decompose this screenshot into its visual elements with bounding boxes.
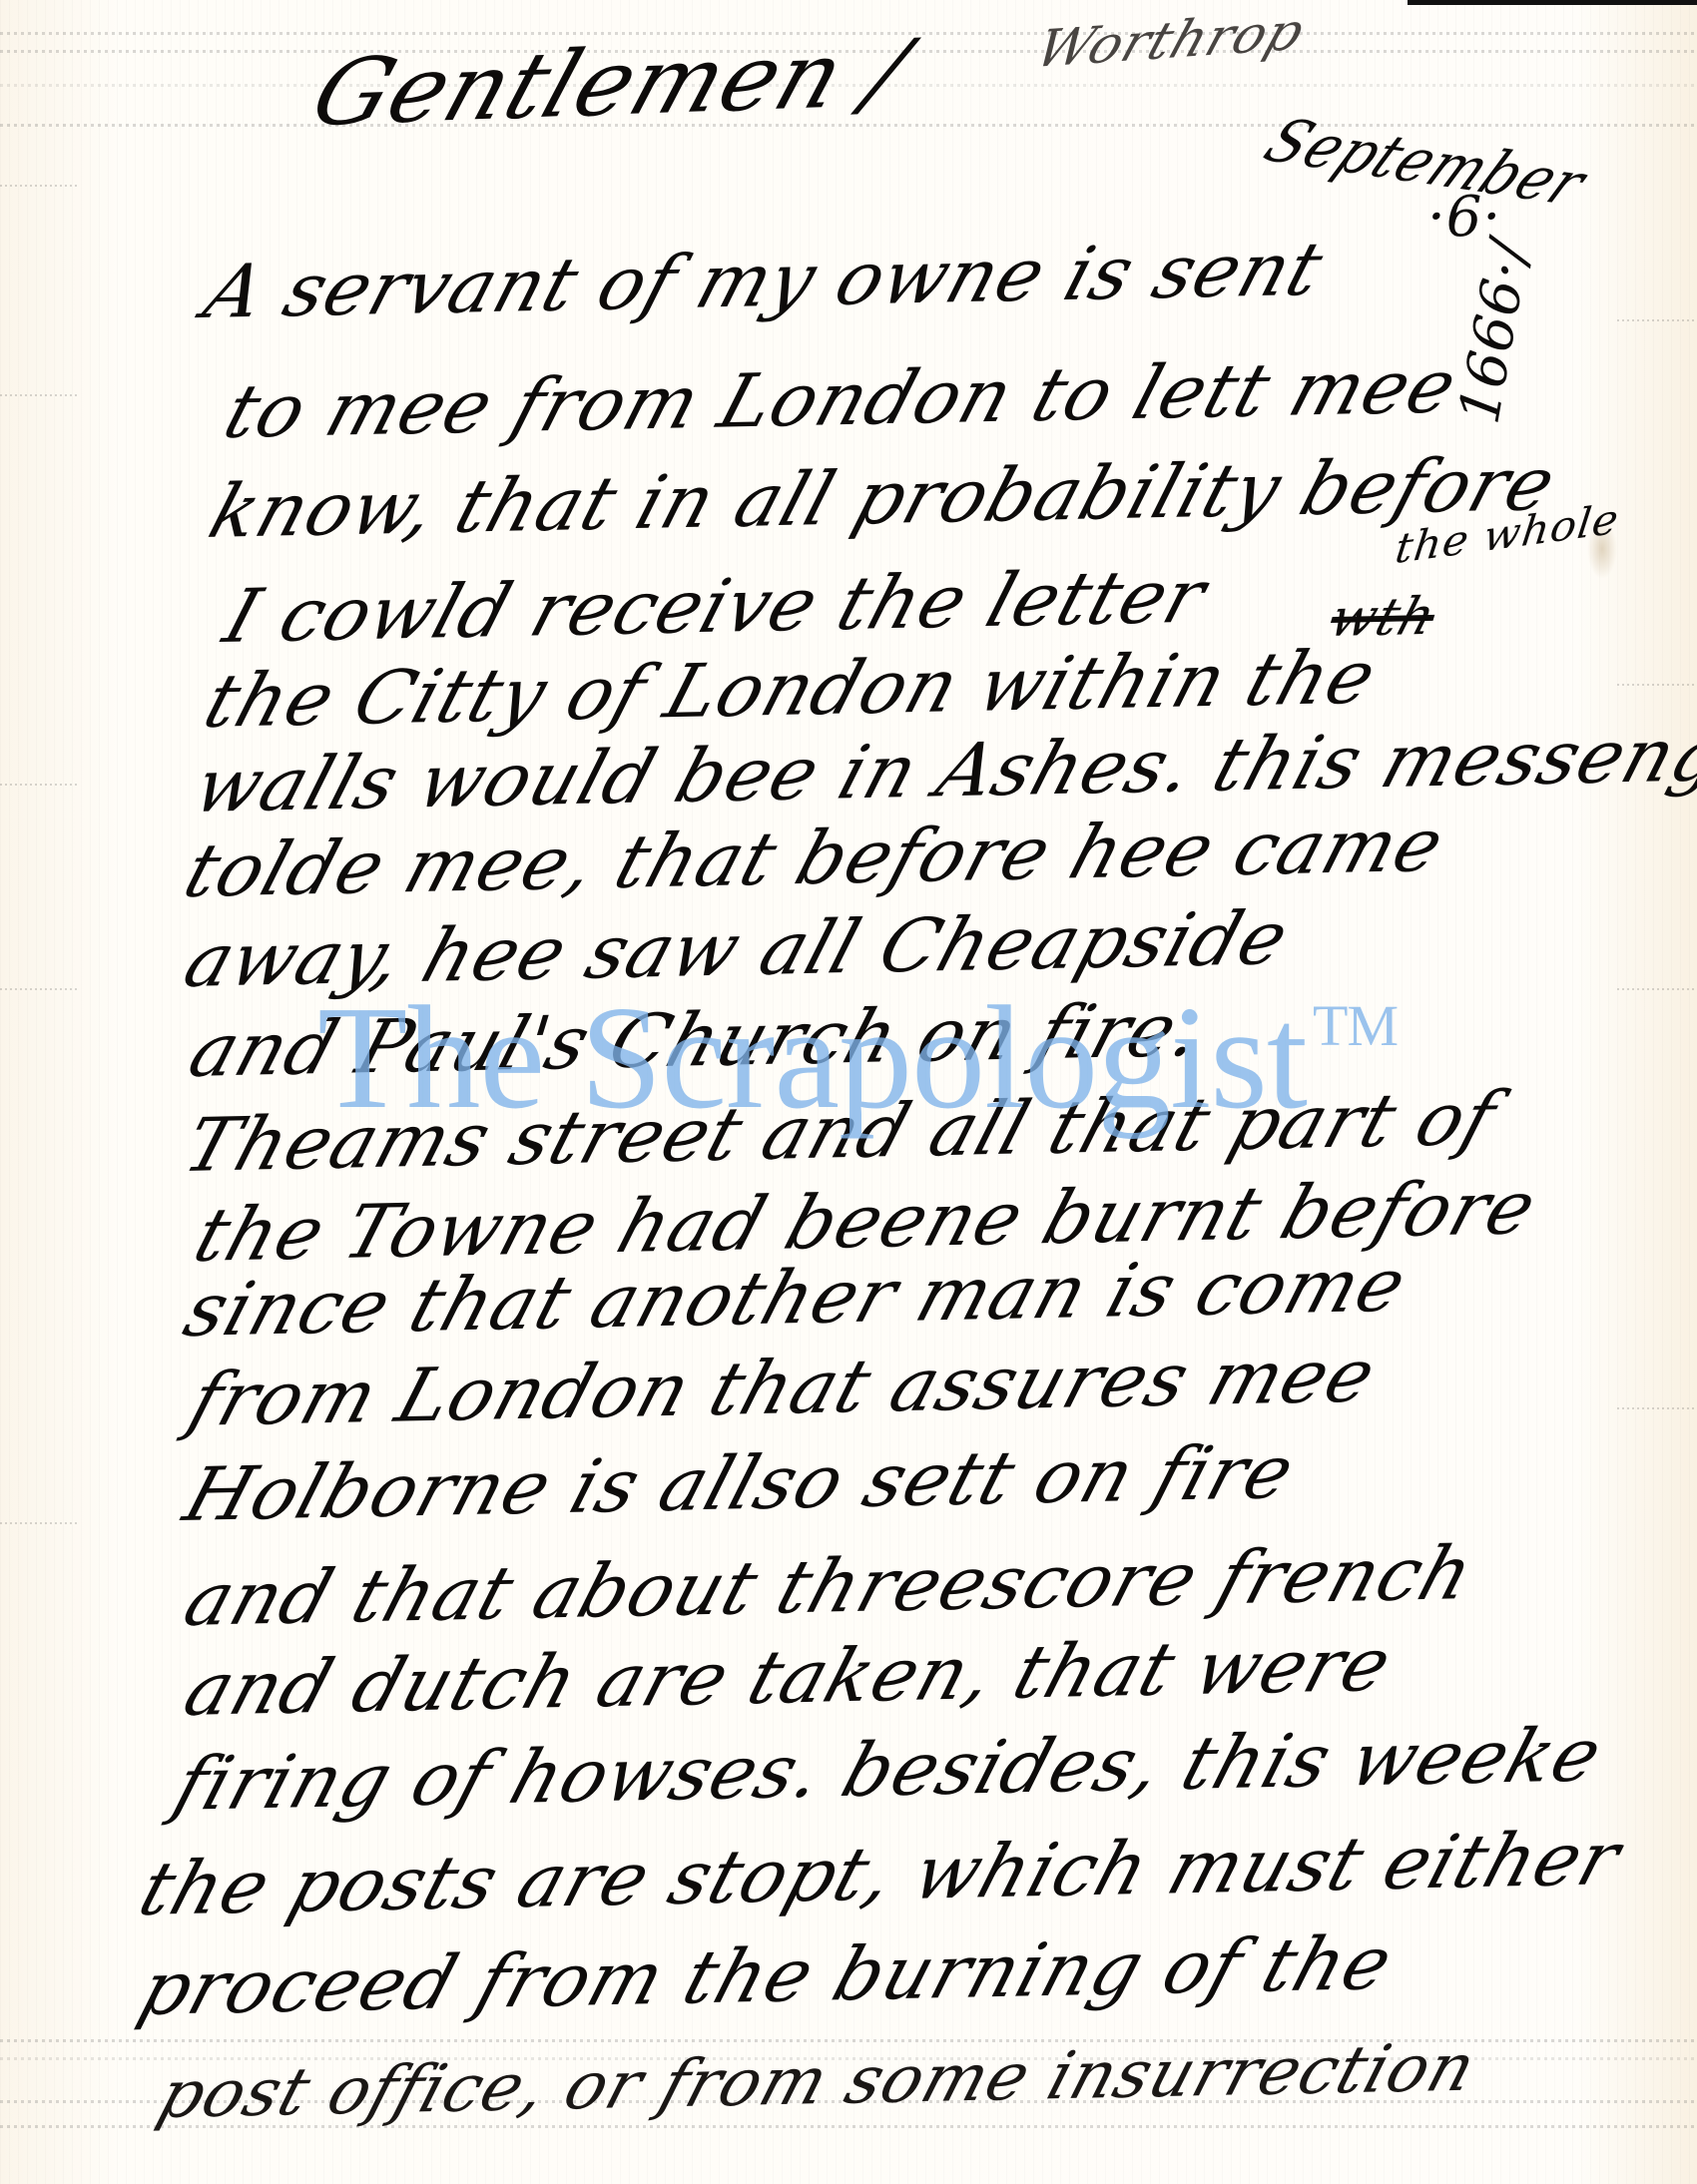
- margin-dots: [1617, 319, 1697, 321]
- letter-line: and Paul's Church on fire.: [180, 987, 1213, 1094]
- margin-dots: [1617, 988, 1697, 990]
- margin-dots: [0, 1522, 80, 1524]
- margin-dots: [0, 784, 80, 786]
- letter-line: away, hee saw all Cheapside: [175, 895, 1299, 1004]
- scan-edge-bar: [1408, 0, 1697, 5]
- letter-line: know, that in all probability before: [200, 441, 1566, 555]
- letter-line: proceed from the burning of the: [130, 1920, 1403, 2032]
- date-month: September: [1253, 106, 1599, 220]
- letter-line: to mee from London to lett mee: [215, 343, 1467, 455]
- letter-line: the posts are stopt, which must either: [130, 1816, 1630, 1932]
- letter-page: Worthrop Gentlemen / September ·6· 1666·…: [0, 0, 1697, 2184]
- letter-line: Holborne is allso sett on fire: [175, 1429, 1305, 1538]
- margin-dots: [0, 185, 80, 187]
- archive-note: Worthrop: [1028, 2, 1313, 80]
- letter-line: firing of howses. besides, this weeke: [165, 1712, 1612, 1828]
- letter-line: post office, or from some insurrection: [150, 2029, 1485, 2133]
- trademark-symbol: TM: [1313, 993, 1398, 1058]
- margin-dots: [1617, 1407, 1697, 1409]
- margin-dots: [1617, 684, 1697, 686]
- date-year: 1666·/: [1447, 236, 1543, 429]
- margin-dots: [0, 394, 80, 396]
- letter-line: A servant of my owne is sent: [195, 227, 1334, 335]
- margin-dots: [0, 988, 80, 990]
- salutation: Gentlemen /: [299, 20, 920, 147]
